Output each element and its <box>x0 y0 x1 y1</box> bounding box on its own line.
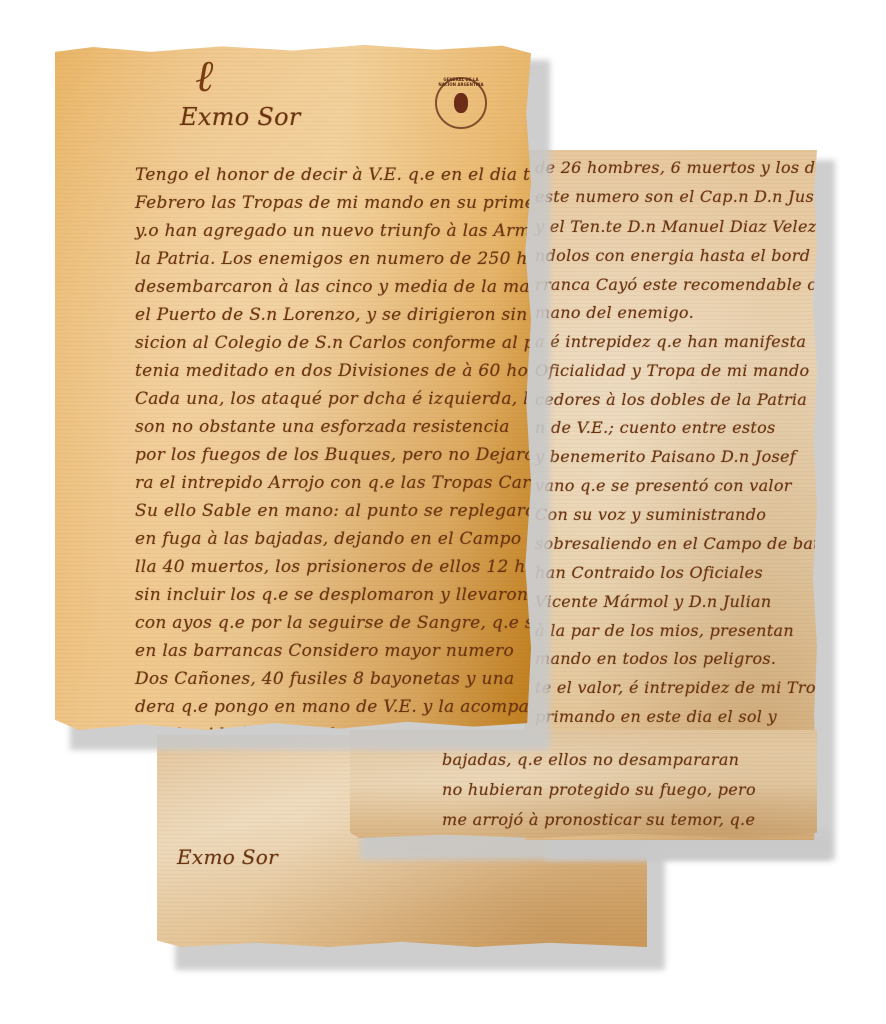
seal-icon <box>454 93 468 113</box>
text-line: Tengo el honor de decir à V.E. q.e en el… <box>135 165 531 185</box>
text-line: lla 40 muertos, los prisioneros de ellos… <box>135 557 531 577</box>
text-line: ra el intrepido Arrojo con q.e las Tropa… <box>135 473 531 493</box>
text-line: à la par de los mios, presentan <box>535 621 794 640</box>
text-line: mando en todos los peligros. <box>535 649 776 668</box>
text-line: rranca Cayó este recomendable of <box>535 275 817 294</box>
text-line: han Contraido los Oficiales <box>535 563 763 582</box>
page3-salutation: Exmo Sor <box>177 845 278 869</box>
text-line: y.o han agregado un nuevo triunfo à las … <box>135 221 531 241</box>
text-line: en las barrancas Considero mayor numero <box>135 641 514 661</box>
text-line: Su ello Sable en mano: al punto se reple… <box>135 501 531 521</box>
text-line: en fuga à las bajadas, dejando en el Cam… <box>135 529 531 549</box>
text-line: vano q.e se presentó con valor <box>535 476 792 495</box>
text-line: primando en este dia el sol y <box>535 707 777 726</box>
text-line: te el valor, é intrepidez de mi Tropa <box>535 678 817 697</box>
text-line: n de V.E.; cuento entre estos <box>535 418 776 437</box>
text-line: a é intrepidez q.e han manifesta <box>535 332 806 351</box>
text-line: Oficialidad y Tropa de mi mando <box>535 361 809 380</box>
text-line: y el Ten.te D.n Manuel Diaz Velez <box>535 217 816 236</box>
text-line: desembarcaron à las cinco y media de la … <box>135 277 531 297</box>
flourish-mark: ℓ <box>195 51 213 102</box>
manuscript-page-front: ℓ GENERAL DE LA NACION ARGENTINA Exmo So… <box>55 45 531 730</box>
text-line: me arrojó à pronosticar su temor, q.e <box>442 810 755 829</box>
text-line: Cada una, los ataqué por dcha é izquierd… <box>135 389 531 409</box>
text-line: bajadas, q.e ellos no desampararan <box>442 750 739 769</box>
stamp-text: GENERAL DE LA NACION ARGENTINA <box>437 77 485 87</box>
text-line: este numero son el Cap.n D.n Justo <box>535 187 817 206</box>
text-line: son no obstante una esforzada resistenci… <box>135 417 510 437</box>
text-line: mano del enemigo. <box>535 303 694 322</box>
text-line: dera q.e pongo en mano de V.E. y la acom… <box>135 697 531 717</box>
archive-stamp: GENERAL DE LA NACION ARGENTINA <box>435 77 487 129</box>
text-line: Con su voz y suministrando <box>535 505 766 524</box>
text-line: por los fuegos de los Buques, pero no De… <box>135 445 531 465</box>
text-line: no hubieran protegido su fuego, pero <box>442 780 756 799</box>
text-line: de 26 hombres, 6 muertos y los demas <box>535 158 817 177</box>
text-line: cedores à los dobles de la Patria <box>535 390 807 409</box>
text-line: sobresaliendo en el Campo de batalla <box>535 534 817 553</box>
text-line: y benemerito Paisano D.n Josef <box>535 447 796 466</box>
text-line: tenia meditado en dos Divisiones de à 60… <box>135 361 531 381</box>
text-line: sicion al Colegio de S.n Carlos conforme… <box>135 333 531 353</box>
text-line: sin incluir los q.e se desplomaron y lle… <box>135 585 528 605</box>
text-line: Febrero las Tropas de mi mando en su pri… <box>135 193 531 213</box>
text-line: Vicente Mármol y D.n Julian <box>535 592 771 611</box>
text-line: ndolos con energia hasta el bord <box>535 246 810 265</box>
text-line: el Puerto de S.n Lorenzo, y se dirigiero… <box>135 305 531 325</box>
page1-salutation: Exmo Sor <box>180 103 301 131</box>
text-line: la Patria. Los enemigos en numero de 250… <box>135 249 531 269</box>
text-line: con ayos q.e por la seguirse de Sangre, … <box>135 613 531 633</box>
text-line: Dos Cañones, 40 fusiles 8 bayonetas y un… <box>135 669 514 689</box>
